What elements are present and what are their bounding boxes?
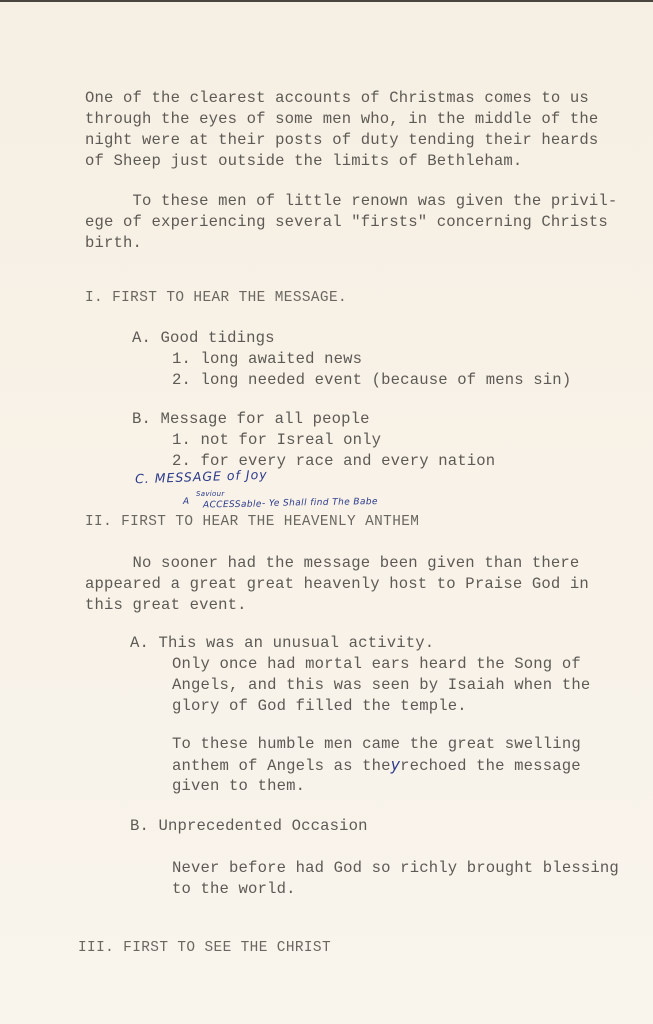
section-2-point-b: B. Unprecedented Occasion: [130, 815, 368, 837]
section-1-heading: I. FIRST TO HEAR THE MESSAGE.: [85, 287, 347, 309]
second-paragraph-line-2: ege of experiencing several "firsts" con…: [85, 211, 608, 233]
section-2-paragraph-line-1: No sooner had the message been given tha…: [85, 552, 579, 574]
section-2-paragraph-line-3: this great event.: [85, 594, 247, 616]
second-paragraph-line-3: birth.: [85, 232, 142, 254]
handwritten-note-prefix: A: [183, 497, 190, 507]
text2-line-2-before: anthem of Angels as the: [172, 757, 391, 775]
section-1-point-a: A. Good tidings: [132, 327, 275, 349]
handwritten-note-inserted-word: Saviour: [196, 490, 225, 498]
intro-line-2: through the eyes of some men who, in the…: [85, 108, 598, 130]
section-2-point-a-text-line-1: Only once had mortal ears heard the Song…: [172, 653, 581, 675]
section-2-point-b-text-line-1: Never before had God so richly brought b…: [172, 857, 619, 879]
second-paragraph-line-1: To these men of little renown was given …: [85, 190, 617, 212]
section-3-heading: III. FIRST TO SEE THE CHRIST: [78, 937, 331, 959]
intro-line-4: of Sheep just outside the limits of Beth…: [85, 150, 522, 172]
section-1-point-b: B. Message for all people: [132, 408, 370, 430]
text2-line-2-after: rechoed the message: [400, 757, 581, 775]
intro-line-3: night were at their posts of duty tendin…: [85, 129, 598, 151]
section-2-heading: II. FIRST TO HEAR THE HEAVENLY ANTHEM: [85, 511, 419, 533]
section-2-point-a-text2-line-1: To these humble men came the great swell…: [172, 733, 581, 755]
section-2-point-a-text2-line-3: given to them.: [172, 775, 305, 797]
section-1-point-a-item-2: 2. long needed event (because of mens si…: [172, 369, 571, 391]
section-1-point-b-item-1: 1. not for Isreal only: [172, 429, 381, 451]
section-2-point-b-text-line-2: to the world.: [172, 878, 296, 900]
intro-line-1: One of the clearest accounts of Christma…: [85, 87, 589, 109]
section-2-point-a-text2-line-2: anthem of Angels as theyrechoed the mess…: [172, 754, 581, 777]
section-2-point-a-text-line-2: Angels, and this was seen by Isaiah when…: [172, 674, 590, 696]
section-2-point-a-text-line-3: glory of God filled the temple.: [172, 695, 467, 717]
handwritten-correction-y: y: [391, 756, 400, 774]
section-1-point-a-item-1: 1. long awaited news: [172, 348, 362, 370]
section-2-point-a: A. This was an unusual activity.: [130, 632, 434, 654]
handwritten-note-word: ACCESSable: [203, 499, 262, 510]
handwritten-note-rest: - Ye Shall find The Babe: [262, 497, 378, 509]
section-2-paragraph-line-2: appeared a great great heavenly host to …: [85, 573, 589, 595]
